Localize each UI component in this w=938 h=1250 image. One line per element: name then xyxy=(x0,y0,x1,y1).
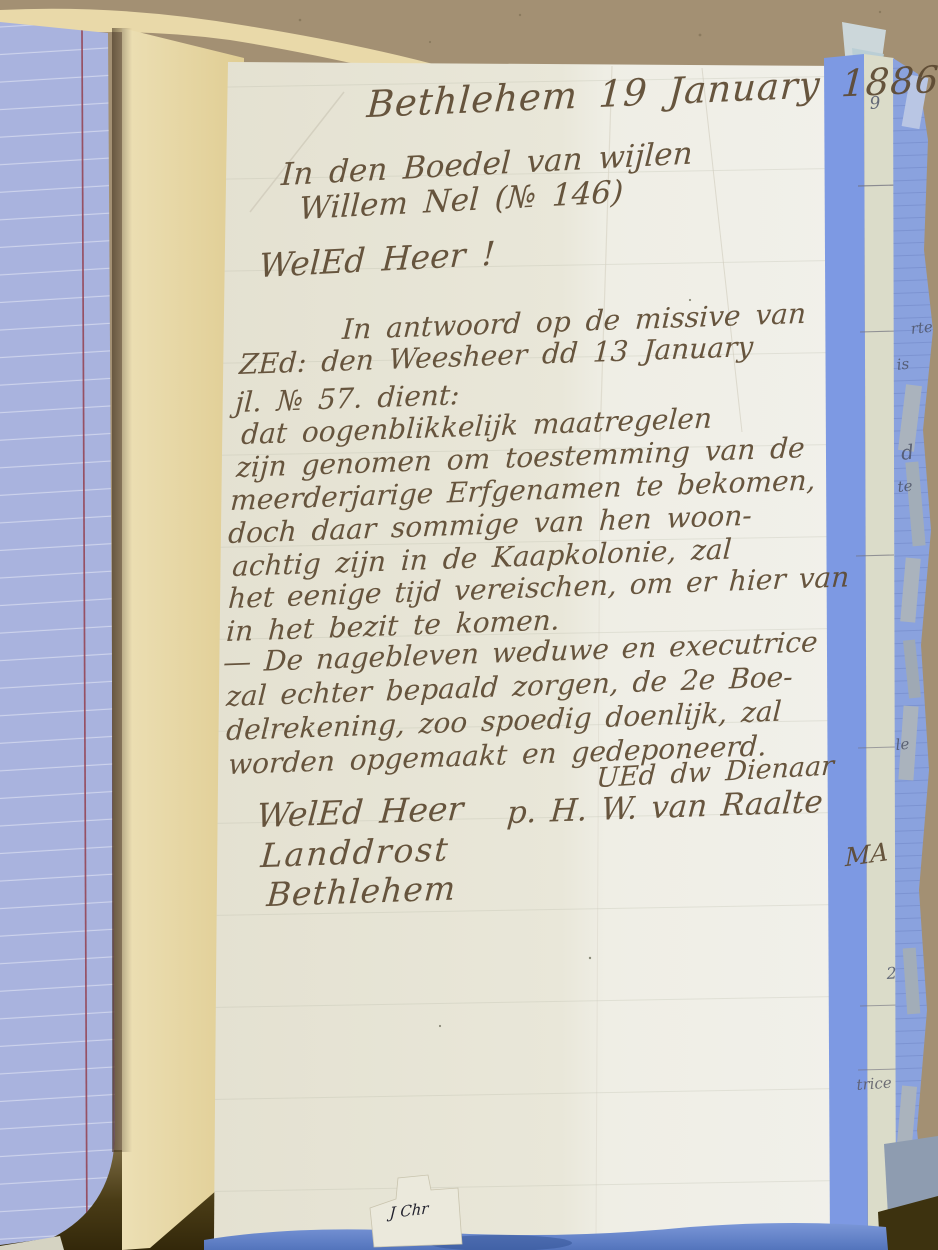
letter-dateline: Bethlehem 19 January 1886 xyxy=(366,61,938,123)
edge-fragment: rte xyxy=(910,320,934,337)
archival-tag-text: J Chr xyxy=(389,1201,429,1221)
edge-fragment: trice xyxy=(856,1076,892,1093)
edge-fragment: 2 xyxy=(886,965,897,982)
addressee-line: WelEd Heer xyxy=(256,792,465,832)
body-line: ZEd: den Weesheer dd 13 January xyxy=(239,333,754,379)
edge-fragment: le xyxy=(895,737,910,753)
addressee-line: Bethlehem xyxy=(266,871,458,911)
signature: p. H. W. van Raalte xyxy=(506,787,824,829)
edge-fragment: 9 xyxy=(869,95,881,113)
edge-fragment: d xyxy=(900,442,915,463)
addressee-line: Landdrost xyxy=(260,832,451,872)
edge-fragment: te xyxy=(897,479,913,495)
salutation: WelEd Heer ! xyxy=(258,237,496,283)
signature-initials: MA xyxy=(845,839,888,870)
edge-fragment: is xyxy=(896,357,910,373)
handwriting-layer: Bethlehem 19 January 1886 In den Boedel … xyxy=(0,0,938,1250)
photograph-of-handwritten-letter: Bethlehem 19 January 1886 In den Boedel … xyxy=(0,0,938,1250)
